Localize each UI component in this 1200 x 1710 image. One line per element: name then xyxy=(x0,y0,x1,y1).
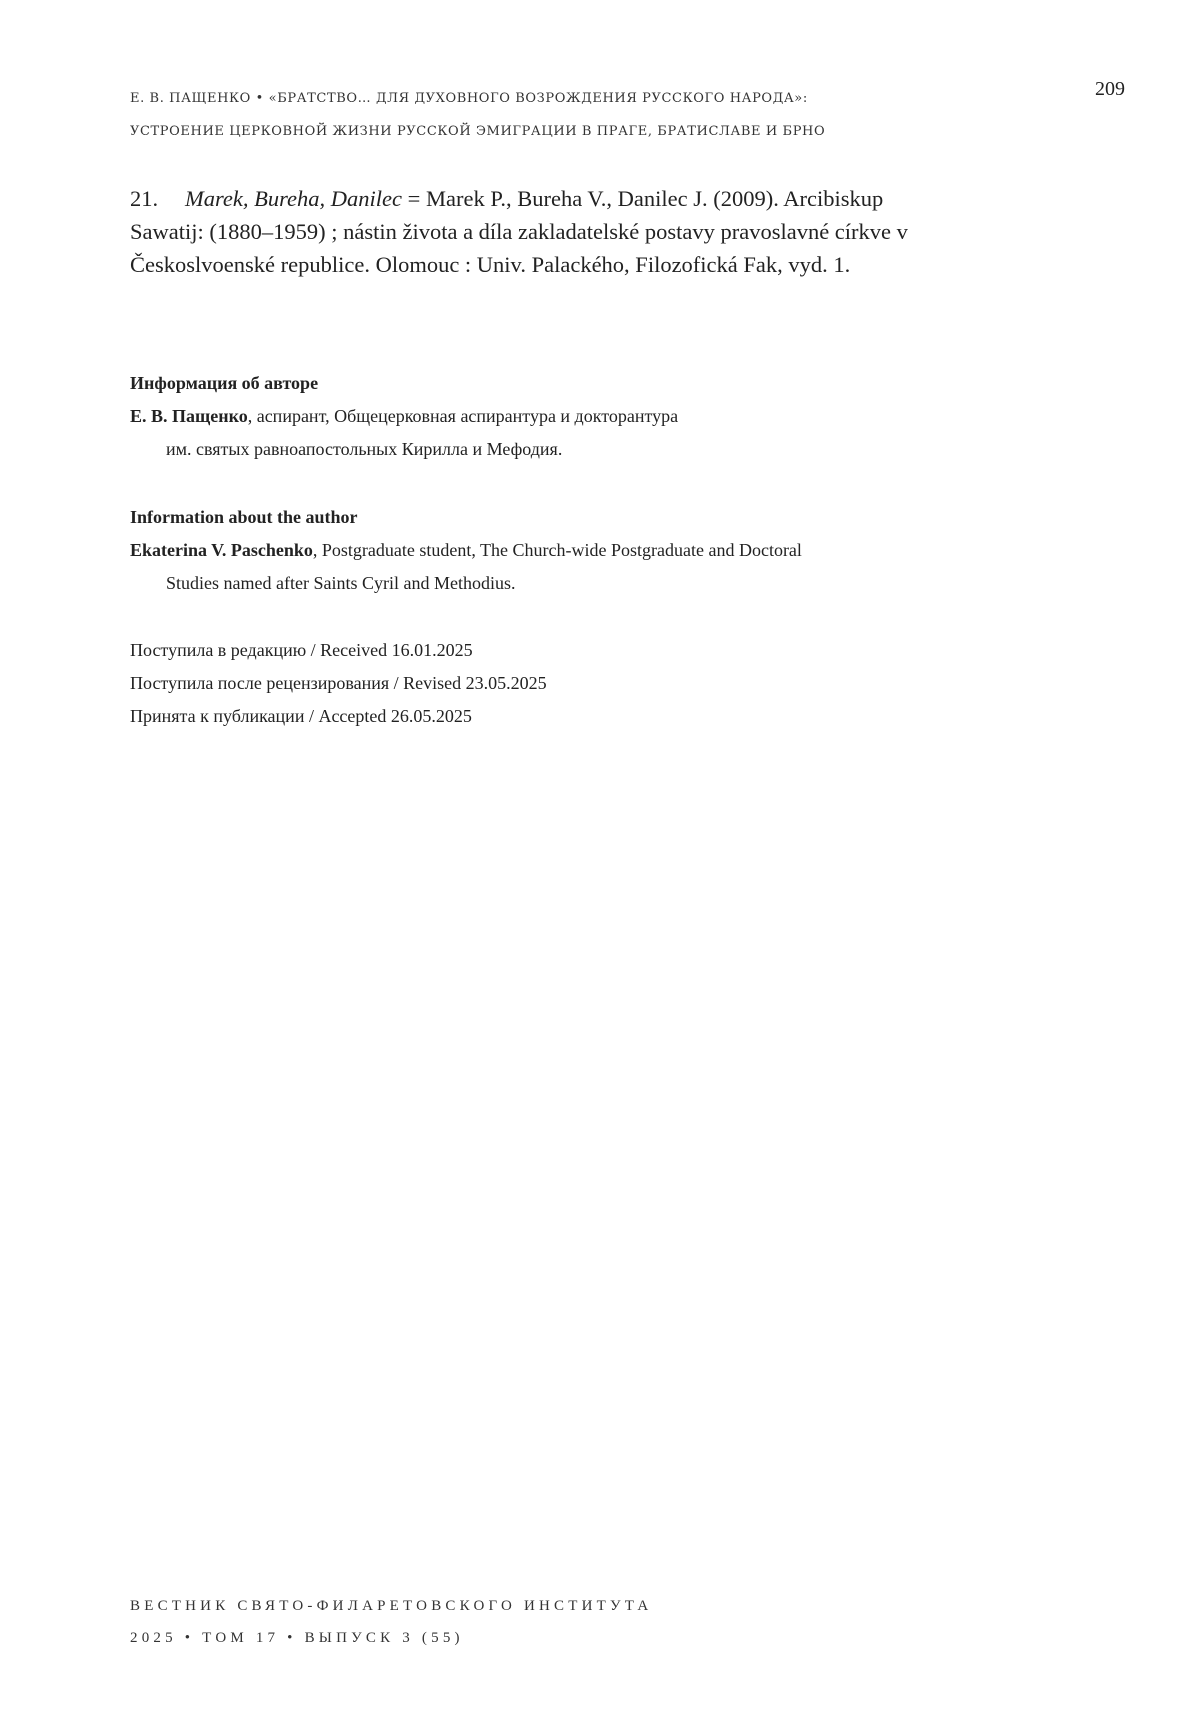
author-desc-ru-2: им. святых равноапостольных Кирилла и Ме… xyxy=(130,433,678,466)
running-header: Е. В. Пащенко • «Братство… для духовного… xyxy=(130,82,825,148)
author-info-ru-heading: Информация об авторе xyxy=(130,367,678,400)
journal-footer: ВЕСТНИК СВЯТО-ФИЛАРЕТОВСКОГО ИНСТИТУТА 2… xyxy=(130,1590,652,1654)
reference-entry: 21.Marek, Bureha, Danilec = Marek P., Bu… xyxy=(130,182,910,281)
publication-dates: Поступила в редакцию / Received 16.01.20… xyxy=(130,634,547,733)
author-desc-en-2: Studies named after Saints Cyril and Met… xyxy=(130,567,802,600)
author-info-en-heading: Information about the author xyxy=(130,501,802,534)
journal-issue: 2025 • ТОМ 17 • ВЫПУСК 3 (55) xyxy=(130,1622,652,1654)
author-info-en: Information about the author Ekaterina V… xyxy=(130,501,802,600)
journal-title: ВЕСТНИК СВЯТО-ФИЛАРЕТОВСКОГО ИНСТИТУТА xyxy=(130,1590,652,1622)
reference-number: 21. xyxy=(130,182,185,215)
reference-equals: = xyxy=(402,186,426,211)
author-desc-ru-1: , аспирант, Общецерковная аспирантура и … xyxy=(248,406,678,426)
author-name-en: Ekaterina V. Paschenko xyxy=(130,540,313,560)
author-info-ru: Информация об авторе Е. В. Пащенко, аспи… xyxy=(130,367,678,466)
running-header-line-1: Е. В. Пащенко • «Братство… для духовного… xyxy=(130,82,825,115)
running-header-line-2: устроение церковной жизни русской эмигра… xyxy=(130,115,825,148)
author-desc-en-1: , Postgraduate student, The Church-wide … xyxy=(313,540,802,560)
date-accepted: Принята к публикации / Accepted 26.05.20… xyxy=(130,700,547,733)
page-number: 209 xyxy=(1095,78,1125,101)
author-info-ru-line-1: Е. В. Пащенко, аспирант, Общецерковная а… xyxy=(130,400,678,433)
author-info-en-line-1: Ekaterina V. Paschenko, Postgraduate stu… xyxy=(130,534,802,567)
date-received: Поступила в редакцию / Received 16.01.20… xyxy=(130,634,547,667)
date-revised: Поступила после рецензирования / Revised… xyxy=(130,667,547,700)
reference-short-authors: Marek, Bureha, Danilec xyxy=(185,186,402,211)
author-name-ru: Е. В. Пащенко xyxy=(130,406,248,426)
